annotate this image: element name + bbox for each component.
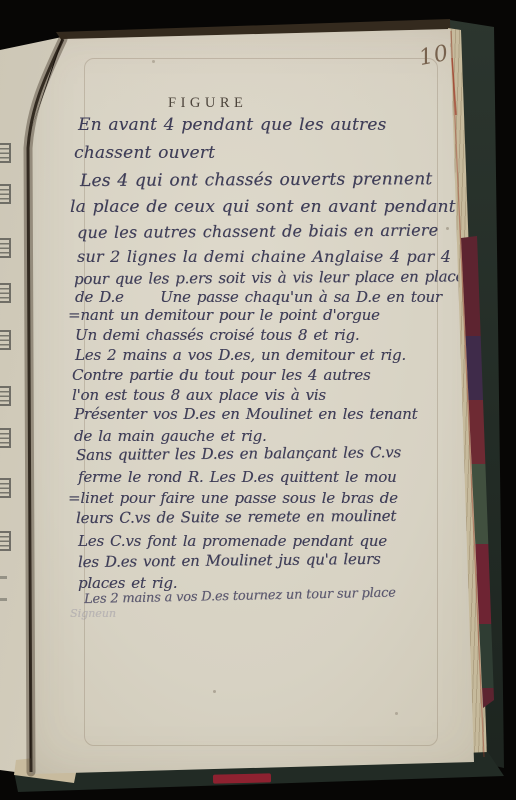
paper-speck bbox=[213, 690, 216, 693]
manuscript-line: la place de ceux qui sont en avant penda… bbox=[70, 197, 456, 217]
bleedthrough-diagram bbox=[0, 283, 11, 303]
paper-speck bbox=[446, 227, 449, 230]
page-heading: FIGURE bbox=[168, 95, 247, 112]
paper-speck bbox=[108, 585, 111, 588]
bleedthrough-diagram bbox=[0, 478, 11, 498]
bleedthrough-diagram bbox=[0, 428, 11, 448]
manuscript-line: places et rig. bbox=[78, 574, 177, 592]
manuscript-line: de la main gauche et rig. bbox=[74, 427, 267, 445]
bleedthrough-mark bbox=[0, 598, 7, 601]
paper-speck bbox=[152, 60, 155, 63]
photo-of-open-book: 107 FIGURE En avant 4 pendant que les au… bbox=[0, 0, 516, 800]
manuscript-line: Un demi chassés croisé tous 8 et rig. bbox=[75, 326, 359, 344]
manuscript-line: pour que les p.ers soit vis à vis leur p… bbox=[74, 267, 464, 288]
manuscript-line: l'on est tous 8 aux place vis à vis bbox=[72, 386, 326, 404]
bleedthrough-diagram bbox=[0, 184, 11, 204]
manuscript-line: Contre partie du tout pour les 4 autres bbox=[72, 366, 371, 384]
manuscript-line: Les 2 mains a vos D.es, un demitour et r… bbox=[75, 346, 406, 364]
manuscript-line: =linet pour faire une passe sous le bras… bbox=[68, 489, 398, 507]
manuscript-line: Présenter vos D.es en Moulinet en les te… bbox=[74, 405, 417, 423]
manuscript-line: Les C.vs font la promenade pendant que bbox=[78, 532, 387, 550]
faint-note: Signeun bbox=[70, 607, 116, 620]
manuscript-line: de D.e Une passe chaqu'un à sa D.e en to… bbox=[75, 288, 442, 306]
manuscript-line: =nant un demitour pour le point d'orgue bbox=[68, 306, 380, 324]
manuscript-line: sur 2 lignes la demi chaine Anglaise 4 p… bbox=[77, 247, 451, 266]
bleedthrough-mark bbox=[0, 576, 7, 579]
marbled-patch-bottom bbox=[213, 773, 271, 783]
manuscript-line: leurs C.vs de Suite se remete en mouline… bbox=[76, 507, 396, 527]
bleedthrough-diagram bbox=[0, 238, 11, 258]
bleedthrough-diagram bbox=[0, 386, 11, 406]
manuscript-line: En avant 4 pendant que les autres bbox=[78, 115, 386, 135]
manuscript-line: Les 4 qui ont chassés ouverts prennent bbox=[80, 169, 432, 191]
bleedthrough-diagram bbox=[0, 531, 11, 551]
bleedthrough-diagram bbox=[0, 143, 11, 163]
manuscript-line: ferme le rond R. Les D.es quittent le mo… bbox=[78, 468, 397, 486]
manuscript-line: Sans quitter les D.es en balançant les C… bbox=[76, 443, 401, 464]
manuscript-line: les D.es vont en Moulinet jus qu'a leurs bbox=[78, 550, 381, 571]
manuscript-page: 107 FIGURE En avant 4 pendant que les au… bbox=[0, 0, 516, 800]
paper-speck bbox=[395, 712, 398, 715]
manuscript-line: que les autres chassent de biais en arri… bbox=[77, 220, 438, 242]
manuscript-line: chassent ouvert bbox=[74, 143, 215, 163]
bleedthrough-diagram bbox=[0, 330, 11, 350]
